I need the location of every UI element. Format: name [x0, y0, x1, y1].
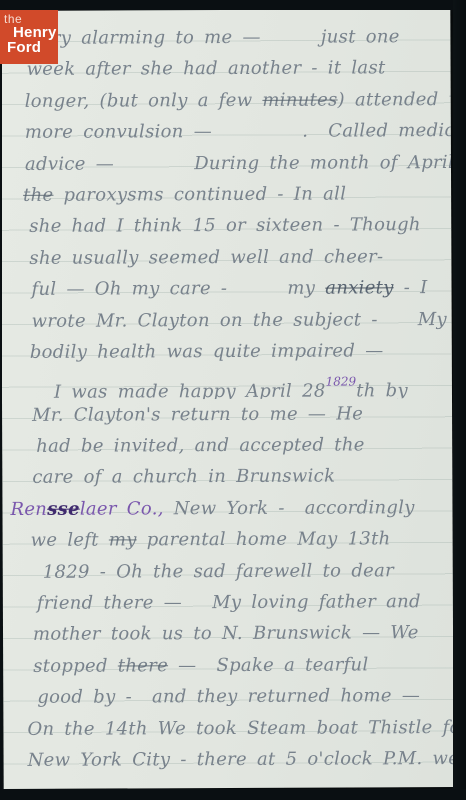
manuscript-text-segment: I was made happy April 28 [54, 381, 326, 400]
manuscript-text-segment: — Spake a tearful [168, 654, 369, 676]
manuscript-text-segment: Ren [10, 499, 47, 520]
manuscript-text-segment: advice — During the month of April [25, 152, 451, 175]
manuscript-text-segment: more convulsion — . Called medical [25, 120, 451, 143]
manuscript-text-segment: she had I think 15 or sixteen - Though [29, 214, 421, 237]
manuscript-line: the paroxysms continued - In all [1, 178, 451, 211]
manuscript-text-segment: laer Co., [80, 498, 164, 519]
logo-ford: Ford [7, 40, 58, 56]
scanned-page-view: very alarming to me — just oneweek after… [0, 0, 466, 800]
manuscript-text-segment: Mr. Clayton's return to me — He [32, 403, 363, 425]
photo-edge-left [0, 0, 2, 800]
manuscript-line: Rensselaer Co., New York - accordingly [2, 492, 452, 525]
manuscript-text-segment: wrote Mr. Clayton on the subject - My [32, 309, 447, 332]
manuscript-text-segment: friend there — My loving father and [37, 591, 421, 614]
manuscript-text-segment: - I [394, 277, 428, 298]
manuscript-text-segment: longer, (but only a few [25, 90, 263, 112]
manuscript-text-segment: 1829 - Oh the sad farewell to dear [43, 560, 394, 583]
manuscript-line: more convulsion — . Called medical [1, 115, 451, 148]
manuscript-text-segment: stopped [33, 655, 118, 676]
manuscript-text-segment: mother took us to N. Brunswick — We [33, 623, 419, 646]
manuscript-line: she usually seemed well and cheer- [1, 241, 451, 274]
manuscript-text-segment: she usually seemed well and cheer- [29, 246, 383, 269]
manuscript-line: we left my parental home May 13th [3, 523, 453, 556]
manuscript-text-segment: there [118, 655, 168, 676]
manuscript-text-segment: the [23, 185, 53, 206]
manuscript-line: longer, (but only a few minutes) attende… [1, 84, 451, 117]
manuscript-text-segment: New York City - there at 5 o'clock P.M. … [28, 748, 454, 771]
manuscript-line: good by - and they returned home — [3, 680, 453, 713]
manuscript-text-segment: minutes [262, 89, 337, 110]
manuscript-text-segment: sse [47, 499, 80, 520]
manuscript-line: ful — Oh my care - my anxiety - I [1, 272, 451, 305]
manuscript-text-segment: we left [31, 530, 109, 551]
manuscript-line: bodily health was quite impaired — [2, 335, 452, 368]
photo-edge-right [453, 0, 466, 800]
manuscript-line: Mr. Clayton's return to me — He [2, 398, 452, 431]
manuscript-text-segment: bodily health was quite impaired — [30, 340, 384, 363]
manuscript-line: very alarming to me — just one [0, 21, 450, 54]
manuscript-line: she had I think 15 or sixteen - Though [1, 209, 451, 242]
manuscript-line: week after she had another - it last [0, 52, 450, 85]
manuscript-text-segment: very alarming to me — just one [30, 26, 399, 49]
manuscript-text-segment: care of a church in Brunswick [32, 466, 335, 488]
manuscript-line: had be invited, and accepted the [2, 429, 452, 462]
manuscript-text-segment: anxiety [325, 277, 393, 298]
photo-edge-bottom [0, 789, 466, 800]
manuscript-text-segment: paroxysms continued - In all [53, 183, 346, 205]
manuscript-line: stopped there — Spake a tearful [3, 649, 453, 682]
manuscript-line: On the 14th We took Steam boat Thistle f… [3, 712, 453, 745]
manuscript-text-segment: ) attended with [338, 89, 451, 111]
manuscript-text-segment: my [109, 530, 137, 551]
manuscript-text-segment: New York - accordingly [164, 497, 415, 519]
manuscript-text-segment: parental home May 13th [137, 529, 391, 551]
manuscript-line: mother took us to N. Brunswick — We [3, 617, 453, 650]
manuscript-text-segment: th by [356, 381, 408, 400]
manuscript-line: friend there — My loving father and [3, 586, 453, 619]
manuscript-text-segment: good by - and they returned home — [37, 685, 420, 708]
manuscript-text-segment: had be invited, and accepted the [36, 434, 365, 456]
manuscript-text-segment: 1829 [326, 375, 357, 389]
manuscript-text-segment: week after she had another - it last [27, 58, 386, 81]
manuscript-line: 1829 - Oh the sad farewell to dear [3, 555, 453, 588]
manuscript-text-segment: ful — Oh my care - my [31, 278, 325, 300]
manuscript-line: New York City - there at 5 o'clock P.M. … [4, 743, 454, 776]
manuscript-line: I was made happy April 281829th by [2, 366, 452, 399]
manuscript-line: advice — During the month of April [1, 147, 451, 180]
photo-edge-top [0, 0, 466, 10]
manuscript-lines: very alarming to me — just oneweek after… [0, 21, 453, 776]
journal-page: very alarming to me — just oneweek after… [0, 9, 453, 789]
manuscript-text-segment: On the 14th We took Steam boat Thistle f… [27, 717, 453, 740]
henry-ford-logo: the Henry Ford [0, 10, 58, 64]
manuscript-line: wrote Mr. Clayton on the subject - My [2, 304, 452, 337]
manuscript-line: care of a church in Brunswick [2, 460, 452, 493]
